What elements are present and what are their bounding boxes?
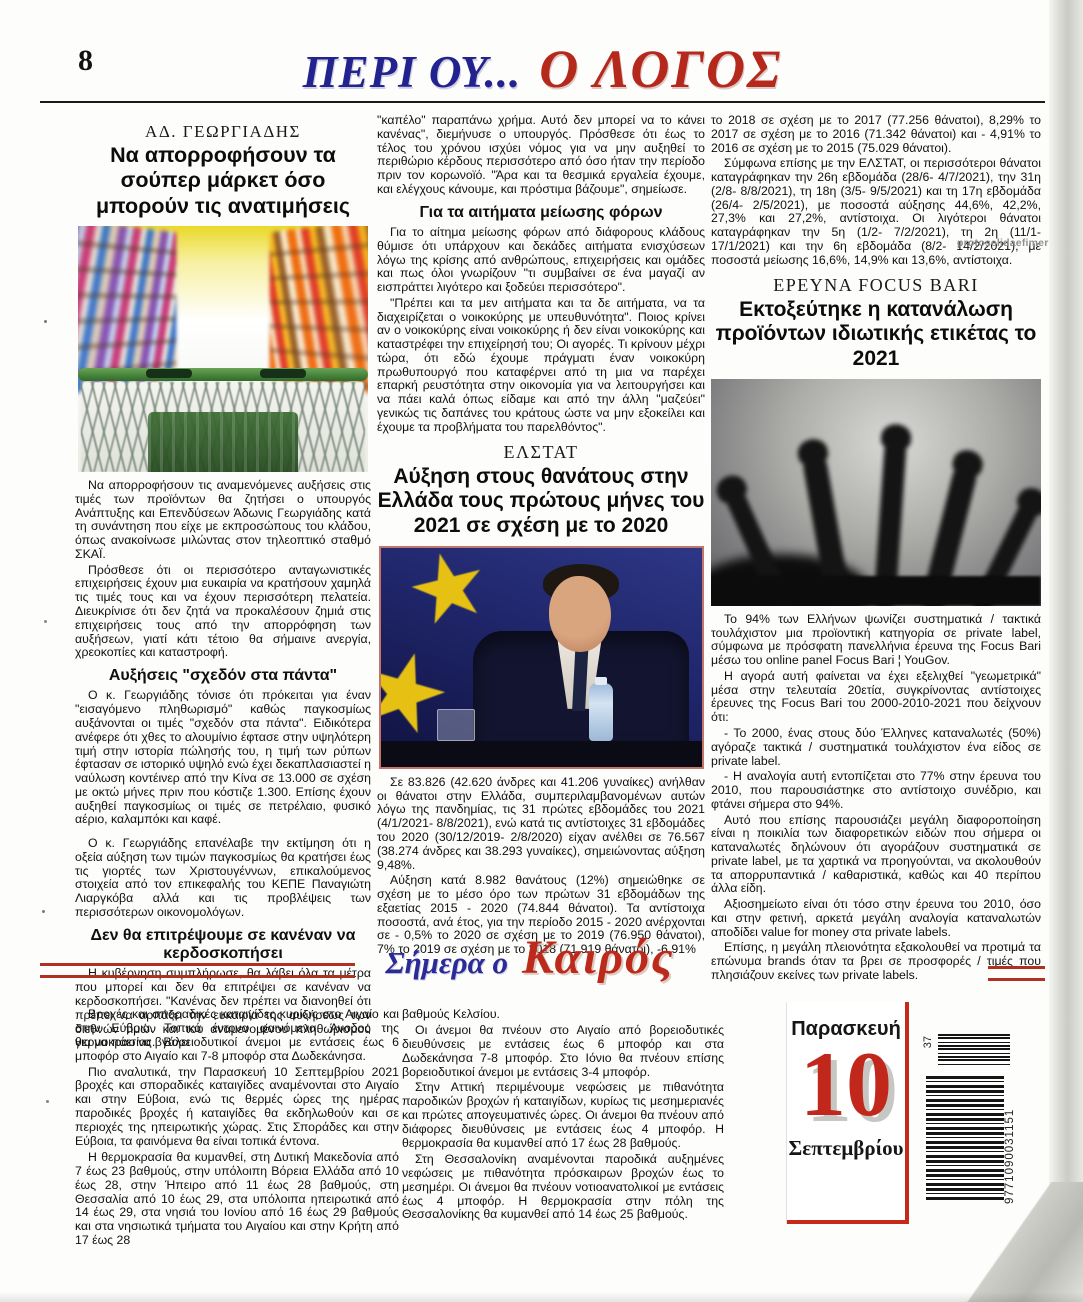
weather-column-2: βαθμούς Κελσίου. Οι άνεμοι θα πνέουν στο… bbox=[402, 1008, 724, 1224]
eu-star-icon: ★ bbox=[397, 546, 499, 643]
calendar-date: 10 bbox=[787, 1041, 905, 1128]
article-headline: Αύξηση στους θανάτους στην Ελλάδα τους π… bbox=[377, 465, 705, 539]
weather-paragraph: Πιο αναλυτικά, την Παρασκευή 10 Σεπτεμβρ… bbox=[75, 1066, 399, 1149]
cart-grip-shape bbox=[260, 369, 306, 378]
weather-paragraph: Στη Θεσσαλονίκη αναμένονται παροδικά αυξ… bbox=[402, 1153, 724, 1222]
article-paragraph: Ο κ. Γεωργιάδης τόνισε ότι πρόκειται για… bbox=[75, 689, 371, 827]
water-glass-shape bbox=[437, 709, 475, 741]
article-paragraph: Σε 83.826 (42.620 άνδρες και 41.206 γυνα… bbox=[377, 776, 705, 872]
masthead: ΠΕΡΙ ΟΥ... Ο ΛΟΓΟΣ bbox=[40, 38, 1045, 100]
weather-column-1: Βροχές και σποραδικές καταιγίδες κυρίως … bbox=[75, 1008, 399, 1250]
article-kicker: ΑΔ. ΓΕΩΡΓΙΑΔΗΣ bbox=[75, 122, 371, 141]
article-paragraph: "καπέλο" παραπάνω χρήμα. Αυτό δεν μπορεί… bbox=[377, 114, 705, 197]
article-subhead: Αυξήσεις "σχεδόν στα πάντα" bbox=[75, 667, 371, 685]
article-paragraph: - Το 2000, ένας στους δύο Έλληνες κατανα… bbox=[711, 727, 1041, 768]
desk-shape bbox=[381, 741, 702, 767]
cart-grip-shape bbox=[146, 369, 192, 378]
article-paragraph: Αξιοσημείωτο είναι ότι τόσο στην έρευνα … bbox=[711, 898, 1041, 939]
press-conference-photo: ★ ★ bbox=[379, 546, 704, 769]
article-subhead: Για τα αιτήματα μείωσης φόρων bbox=[377, 204, 705, 222]
weather-paragraph: Στην Αττική περιμένουμε νεφώσεις με πιθα… bbox=[402, 1081, 724, 1150]
page-curl-corner bbox=[913, 1182, 1083, 1302]
article-middle-column: "καπέλο" παραπάνω χρήμα. Αυτό δεν μπορεί… bbox=[377, 114, 705, 959]
article-paragraph: Αυτό που επίσης παρουσιάζει μεγάλη διαφο… bbox=[711, 814, 1041, 897]
scan-speck bbox=[44, 320, 47, 323]
article-paragraph: Σύμφωνα επίσης με την ΕΛΣΤΑΤ, οι περισσό… bbox=[711, 157, 1041, 267]
masthead-title-blue: ΠΕΡΙ ΟΥ... bbox=[303, 47, 522, 97]
cart-handle-shape bbox=[78, 368, 368, 381]
article-paragraph: Η αγορά αυτή φαίνεται να έχει εξελιχθεί … bbox=[711, 670, 1041, 725]
weather-banner: Σήμερα ο Καιρός bbox=[340, 930, 720, 985]
article-kicker: ΕΛΣΤΑΤ bbox=[377, 442, 705, 462]
weather-banner-word: Καιρός bbox=[522, 931, 675, 984]
weather-paragraph: βαθμούς Κελσίου. bbox=[402, 1008, 724, 1022]
article-kicker: ΕΡΕΥΝΑ FOCUS BARI bbox=[711, 275, 1041, 295]
cart-seat-shape bbox=[148, 412, 298, 472]
article-paragraph: Ο κ. Γεωργιάδης επανέλαβε την εκτίμηση ό… bbox=[75, 837, 371, 920]
weather-paragraph: Οι άνεμοι θα πνέουν στο Αιγαίο από βορει… bbox=[402, 1024, 724, 1080]
article-paragraph: "Πρέπει και τα μεν αιτήματα και τα δε αι… bbox=[377, 297, 705, 435]
article-georgiadis-column: ΑΔ. ΓΕΩΡΓΙΑΔΗΣ Να απορροφήσουν τα σούπερ… bbox=[75, 114, 371, 1052]
silhouette-base-shape bbox=[711, 576, 1041, 606]
article-paragraph: Για το αίτημα μείωσης φόρων από διάφορου… bbox=[377, 226, 705, 295]
minister-face-shape bbox=[549, 576, 611, 652]
weather-banner-prefix: Σήμερα ο bbox=[385, 945, 508, 980]
calendar-leaf: Παρασκευή 10 Σεπτεμβρίου bbox=[787, 1002, 909, 1224]
bottle-cap-shape bbox=[595, 677, 607, 685]
weather-paragraph: Βροχές και σποραδικές καταιγίδες κυρίως … bbox=[75, 1008, 399, 1064]
article-paragraph: - Η αναλογία αυτή εντοπίζεται στο 77% στ… bbox=[711, 770, 1041, 811]
article-paragraph: Πρόσθεσε ότι οι περισσότερο ανταγωνιστικ… bbox=[75, 564, 371, 660]
header-divider bbox=[40, 101, 1045, 103]
banner-rule-right bbox=[988, 966, 1045, 981]
page-scan-edge-bottom bbox=[0, 1292, 1083, 1302]
article-paragraph: το 2018 σε σχέση με το 2017 (77.256 θάνα… bbox=[711, 114, 1041, 155]
article-paragraph: Να απορροφήσουν τις αναμενόμενες αυξήσει… bbox=[75, 479, 371, 562]
calendar-month: Σεπτεμβρίου bbox=[787, 1136, 905, 1161]
barcode-stripes-small bbox=[938, 1034, 1010, 1066]
article-headline: Να απορροφήσουν τα σούπερ μάρκετ όσο μπο… bbox=[75, 143, 371, 219]
article-headline: Εκτοξεύτηκε η κατανάλωση προϊόντων ιδιωτ… bbox=[711, 298, 1041, 372]
shadow-hands-photo bbox=[711, 379, 1041, 606]
banner-rule-left bbox=[40, 963, 355, 978]
issue-barcode: 37 9771090031151 bbox=[920, 1028, 1016, 1208]
barcode-issue-number: 37 bbox=[922, 1036, 934, 1048]
page-scan-edge-right bbox=[1049, 0, 1083, 1302]
supermarket-photo bbox=[78, 226, 368, 472]
water-bottle-shape bbox=[589, 683, 613, 741]
newspaper-page: 8 ΠΕΡΙ ΟΥ... Ο ΛΟΓΟΣ ΑΔ. ΓΕΩΡΓΙΑΔΗΣ Να α… bbox=[0, 0, 1083, 1302]
article-paragraph: Το 94% των Ελλήνων ψωνίζει συστηματικά /… bbox=[711, 613, 1041, 668]
masthead-title-red: Ο ΛΟΓΟΣ bbox=[539, 39, 782, 99]
article-subhead: Δεν θα επιτρέψουμε σε κανέναν να κερδοσκ… bbox=[75, 927, 371, 964]
weather-paragraph: Η θερμοκρασία θα κυμανθεί, στη Δυτική Μα… bbox=[75, 1151, 399, 1248]
